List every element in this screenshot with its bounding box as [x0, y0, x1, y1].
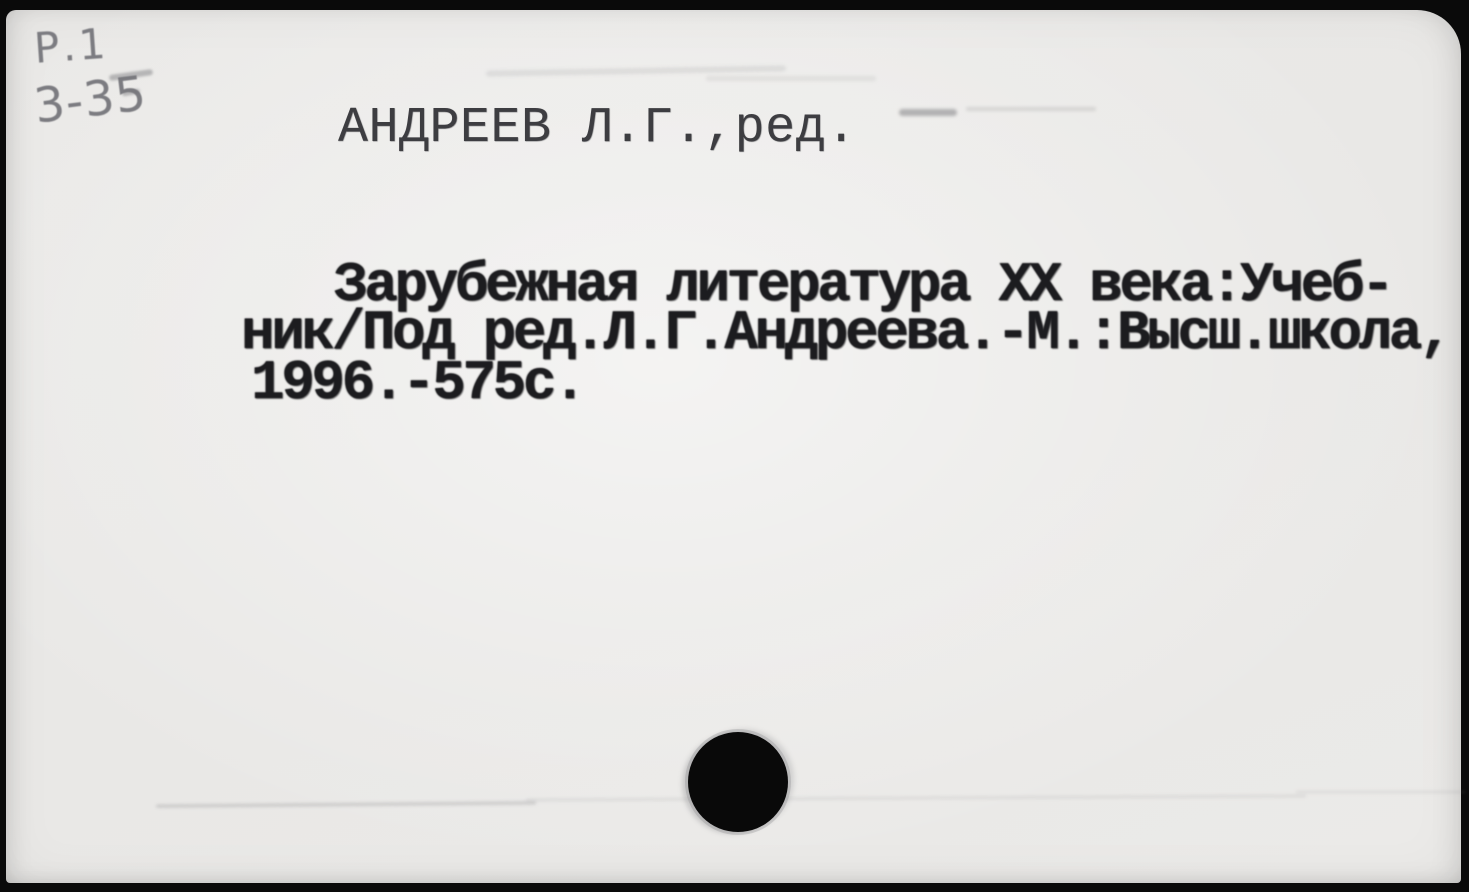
- author-heading: АНДРЕЕВ Л.Г.,ред.: [338, 100, 857, 157]
- pencil-line: [156, 801, 536, 807]
- catalog-card-scan: Р.1 3-35 АНДРЕЕВ Л.Г.,ред. Зарубежная ли…: [0, 0, 1469, 892]
- scan-smudge: [486, 65, 786, 76]
- punch-hole-icon: [688, 732, 788, 832]
- scan-smudge: [706, 76, 876, 81]
- call-number-series: Р.1: [33, 20, 149, 70]
- catalog-card: Р.1 3-35 АНДРЕЕВ Л.Г.,ред. Зарубежная ли…: [6, 10, 1461, 883]
- pencil-line: [526, 795, 1306, 801]
- pencil-dash-mark: [966, 107, 1096, 111]
- call-number-cutter: 3-35: [31, 69, 149, 130]
- pencil-dash-mark: [899, 109, 957, 116]
- bibliography-collation-line: 1996.-575с.: [251, 355, 583, 411]
- pencil-line: [1296, 791, 1466, 793]
